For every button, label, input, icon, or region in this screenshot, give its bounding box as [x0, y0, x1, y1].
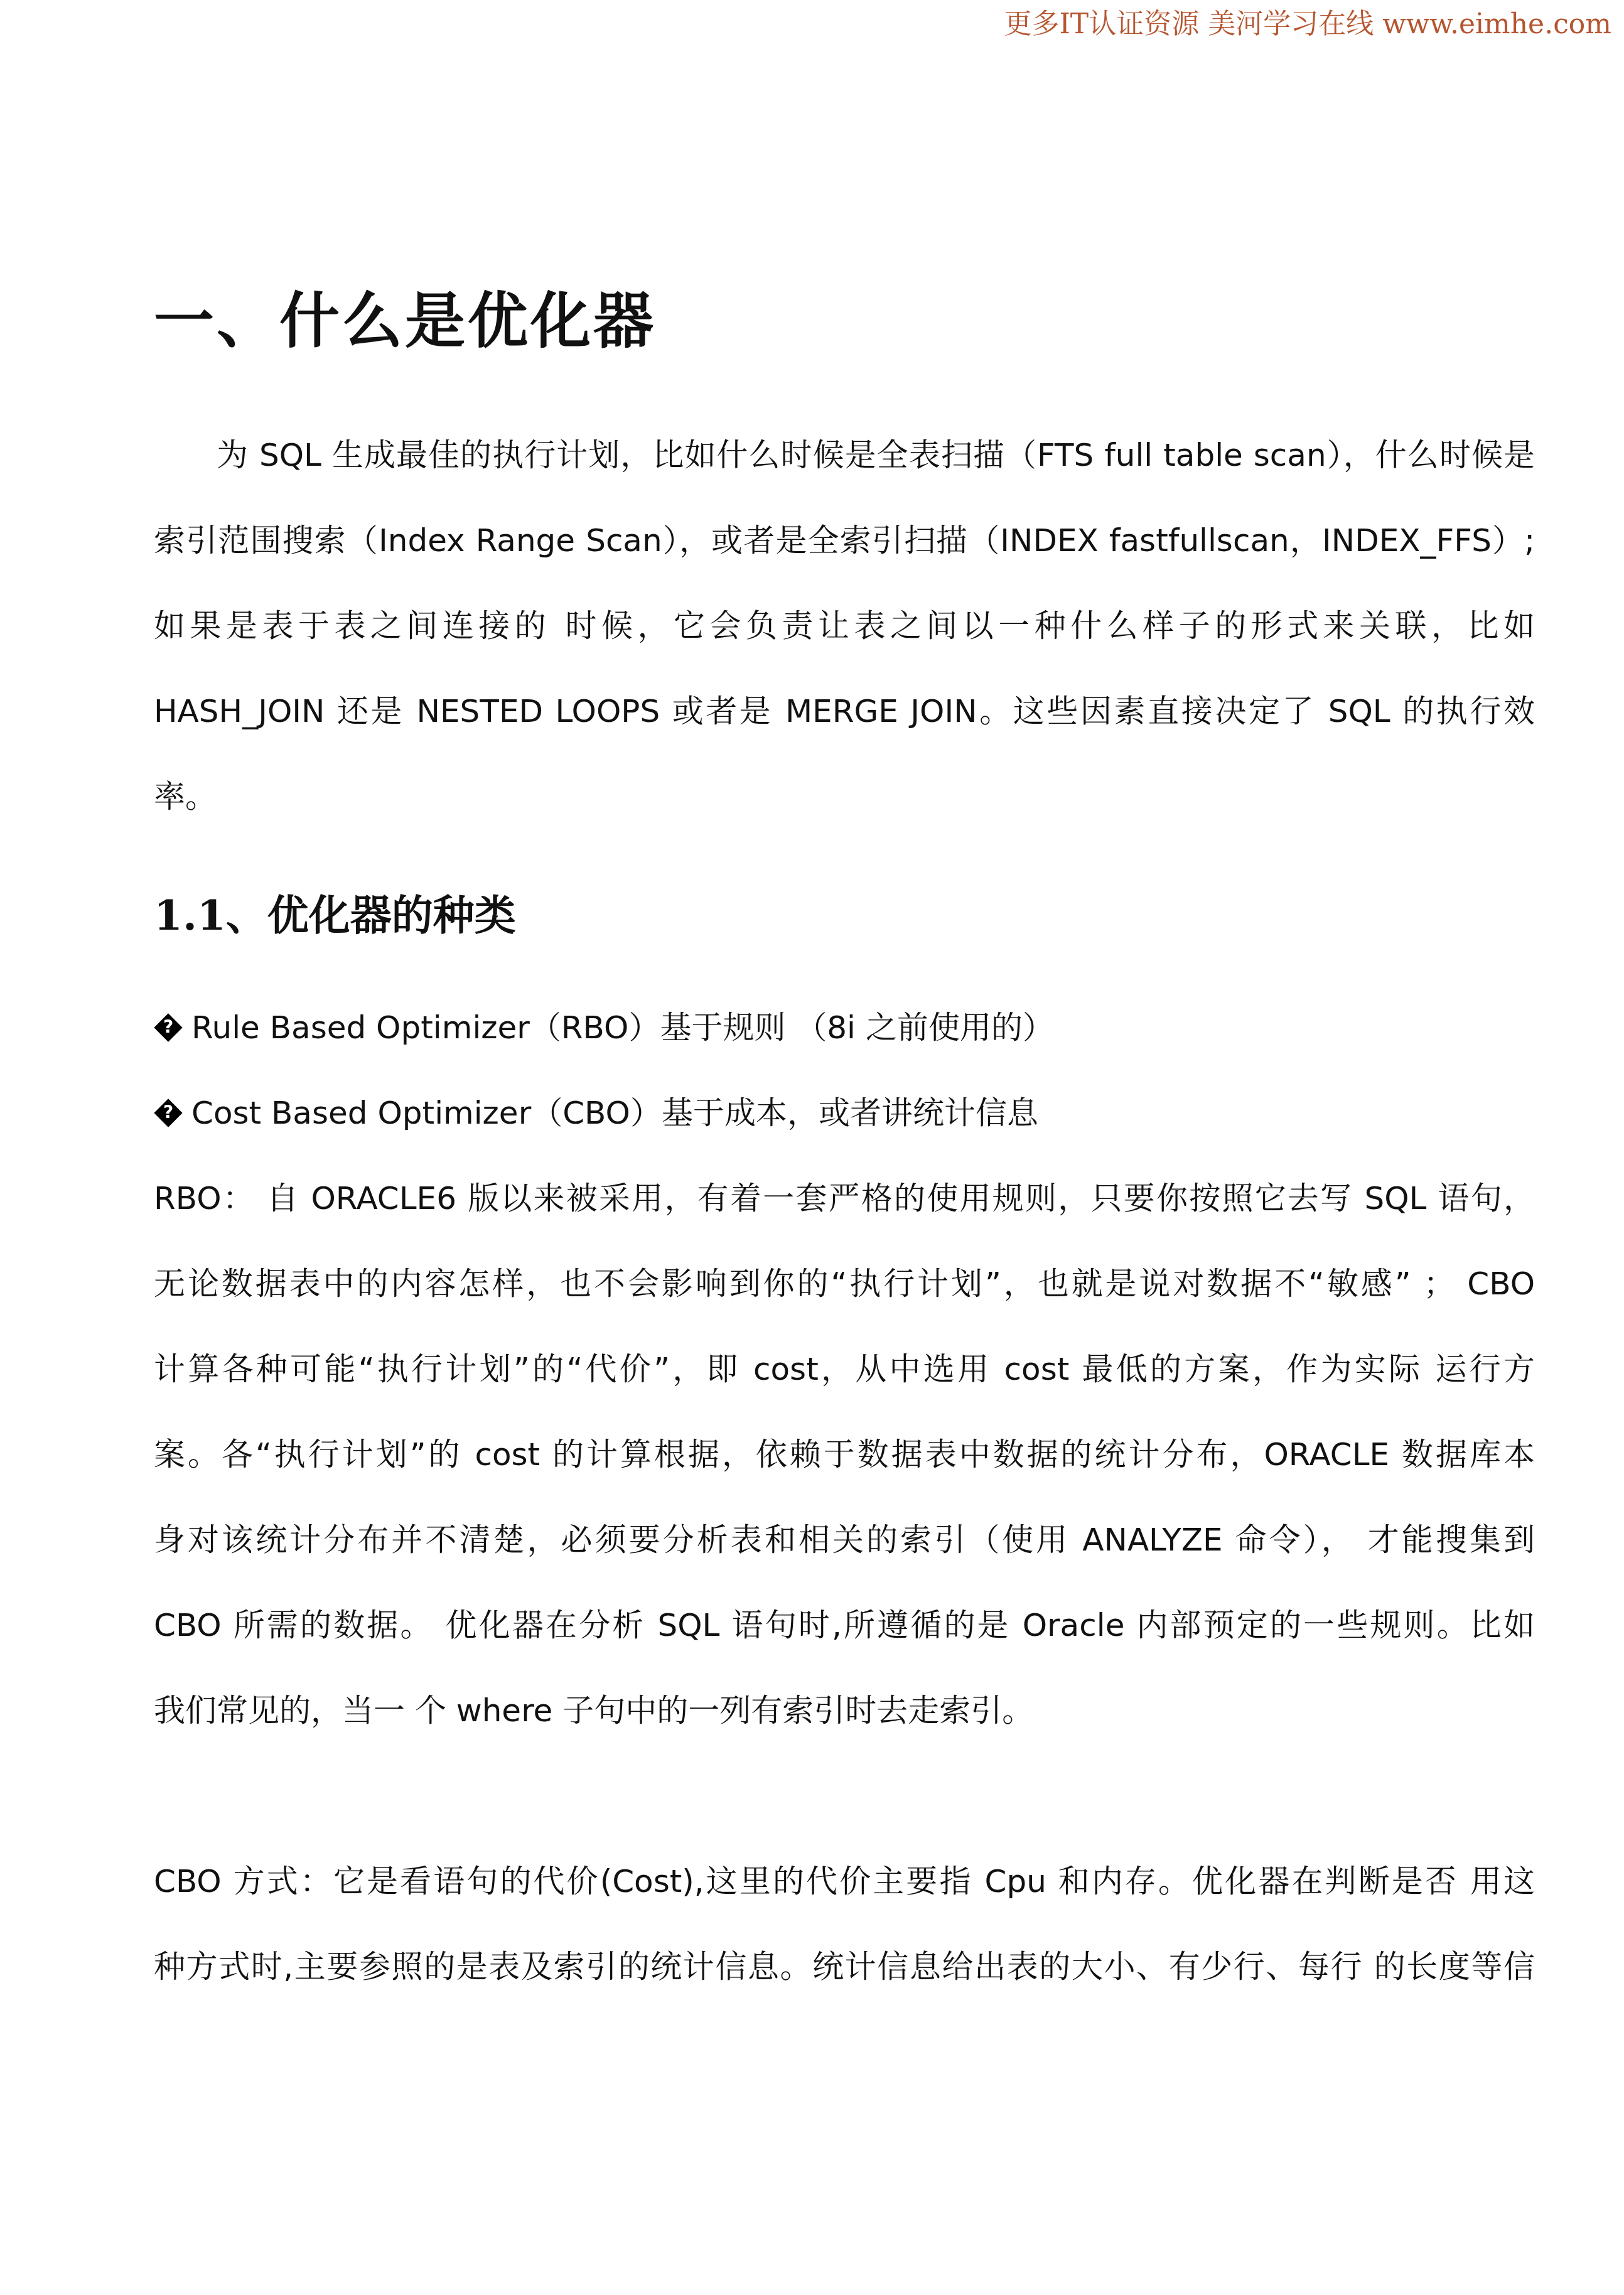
paragraph-line: 率。 [154, 775, 1535, 819]
paragraph-line: CBO 方式：它是看语句的代价(Cost),这里的代价主要指 Cpu 和内存。优… [154, 1859, 1535, 1903]
paragraph-line: 索引范围搜索（Index Range Scan），或者是全索引扫描（INDEX … [154, 519, 1535, 562]
watermark-link[interactable]: 更多IT认证资源 美河学习在线 www.eimhe.com [1004, 1, 1611, 41]
unknown-glyph-icon [154, 1099, 183, 1127]
list-item-text: Rule Based Optimizer（RBO）基于规则 （8i 之前使用的） [191, 1009, 1054, 1046]
paragraph-line: CBO 所需的数据。 优化器在分析 SQL 语句时,所遵循的是 Oracle 内… [154, 1603, 1535, 1647]
unknown-glyph-icon [154, 1013, 183, 1042]
list-item-text: Cost Based Optimizer（CBO）基于成本，或者讲统计信息 [191, 1095, 1038, 1131]
section-heading-1: 一、什么是优化器 [154, 273, 656, 359]
paragraph-line: 为 SQL 生成最佳的执行计划，比如什么时候是全表扫描（FTS full tab… [154, 433, 1535, 477]
paragraph-line: 种方式时,主要参照的是表及索引的统计信息。统计信息给出表的大小、有少行、每行 的… [154, 1945, 1535, 1989]
paragraph-line: 案。各“执行计划”的 cost 的计算根据，依赖于数据表中数据的统计分布，ORA… [154, 1432, 1535, 1476]
paragraph-line: 身对该统计分布并不清楚，必须要分析表和相关的索引（使用 ANALYZE 命令），… [154, 1518, 1535, 1562]
paragraph-line: HASH_JOIN 还是 NESTED LOOPS 或者是 MERGE JOIN… [154, 689, 1535, 733]
list-item: Cost Based Optimizer（CBO）基于成本，或者讲统计信息 [154, 1091, 1535, 1135]
paragraph-line: 如果是表于表之间连接的 时候，它会负责让表之间以一种什么样子的形式来关联，比如 [154, 604, 1535, 648]
subsection-heading: 1.1、优化器的种类 [154, 882, 516, 942]
paragraph-line: RBO： 自 ORACLE6 版以来被采用，有着一套严格的使用规则，只要你按照它… [154, 1176, 1535, 1220]
paragraph-line: 计算各种可能“执行计划”的“代价”，即 cost，从中选用 cost 最低的方案… [154, 1347, 1535, 1391]
paragraph-line: 我们常见的，当一 个 where 子句中的一列有索引时去走索引。 [154, 1689, 1535, 1733]
paragraph-line: 无论数据表中的内容怎样，也不会影响到你的“执行计划”，也就是说对数据不“敏感” … [154, 1262, 1535, 1306]
list-item: Rule Based Optimizer（RBO）基于规则 （8i 之前使用的） [154, 1006, 1535, 1050]
